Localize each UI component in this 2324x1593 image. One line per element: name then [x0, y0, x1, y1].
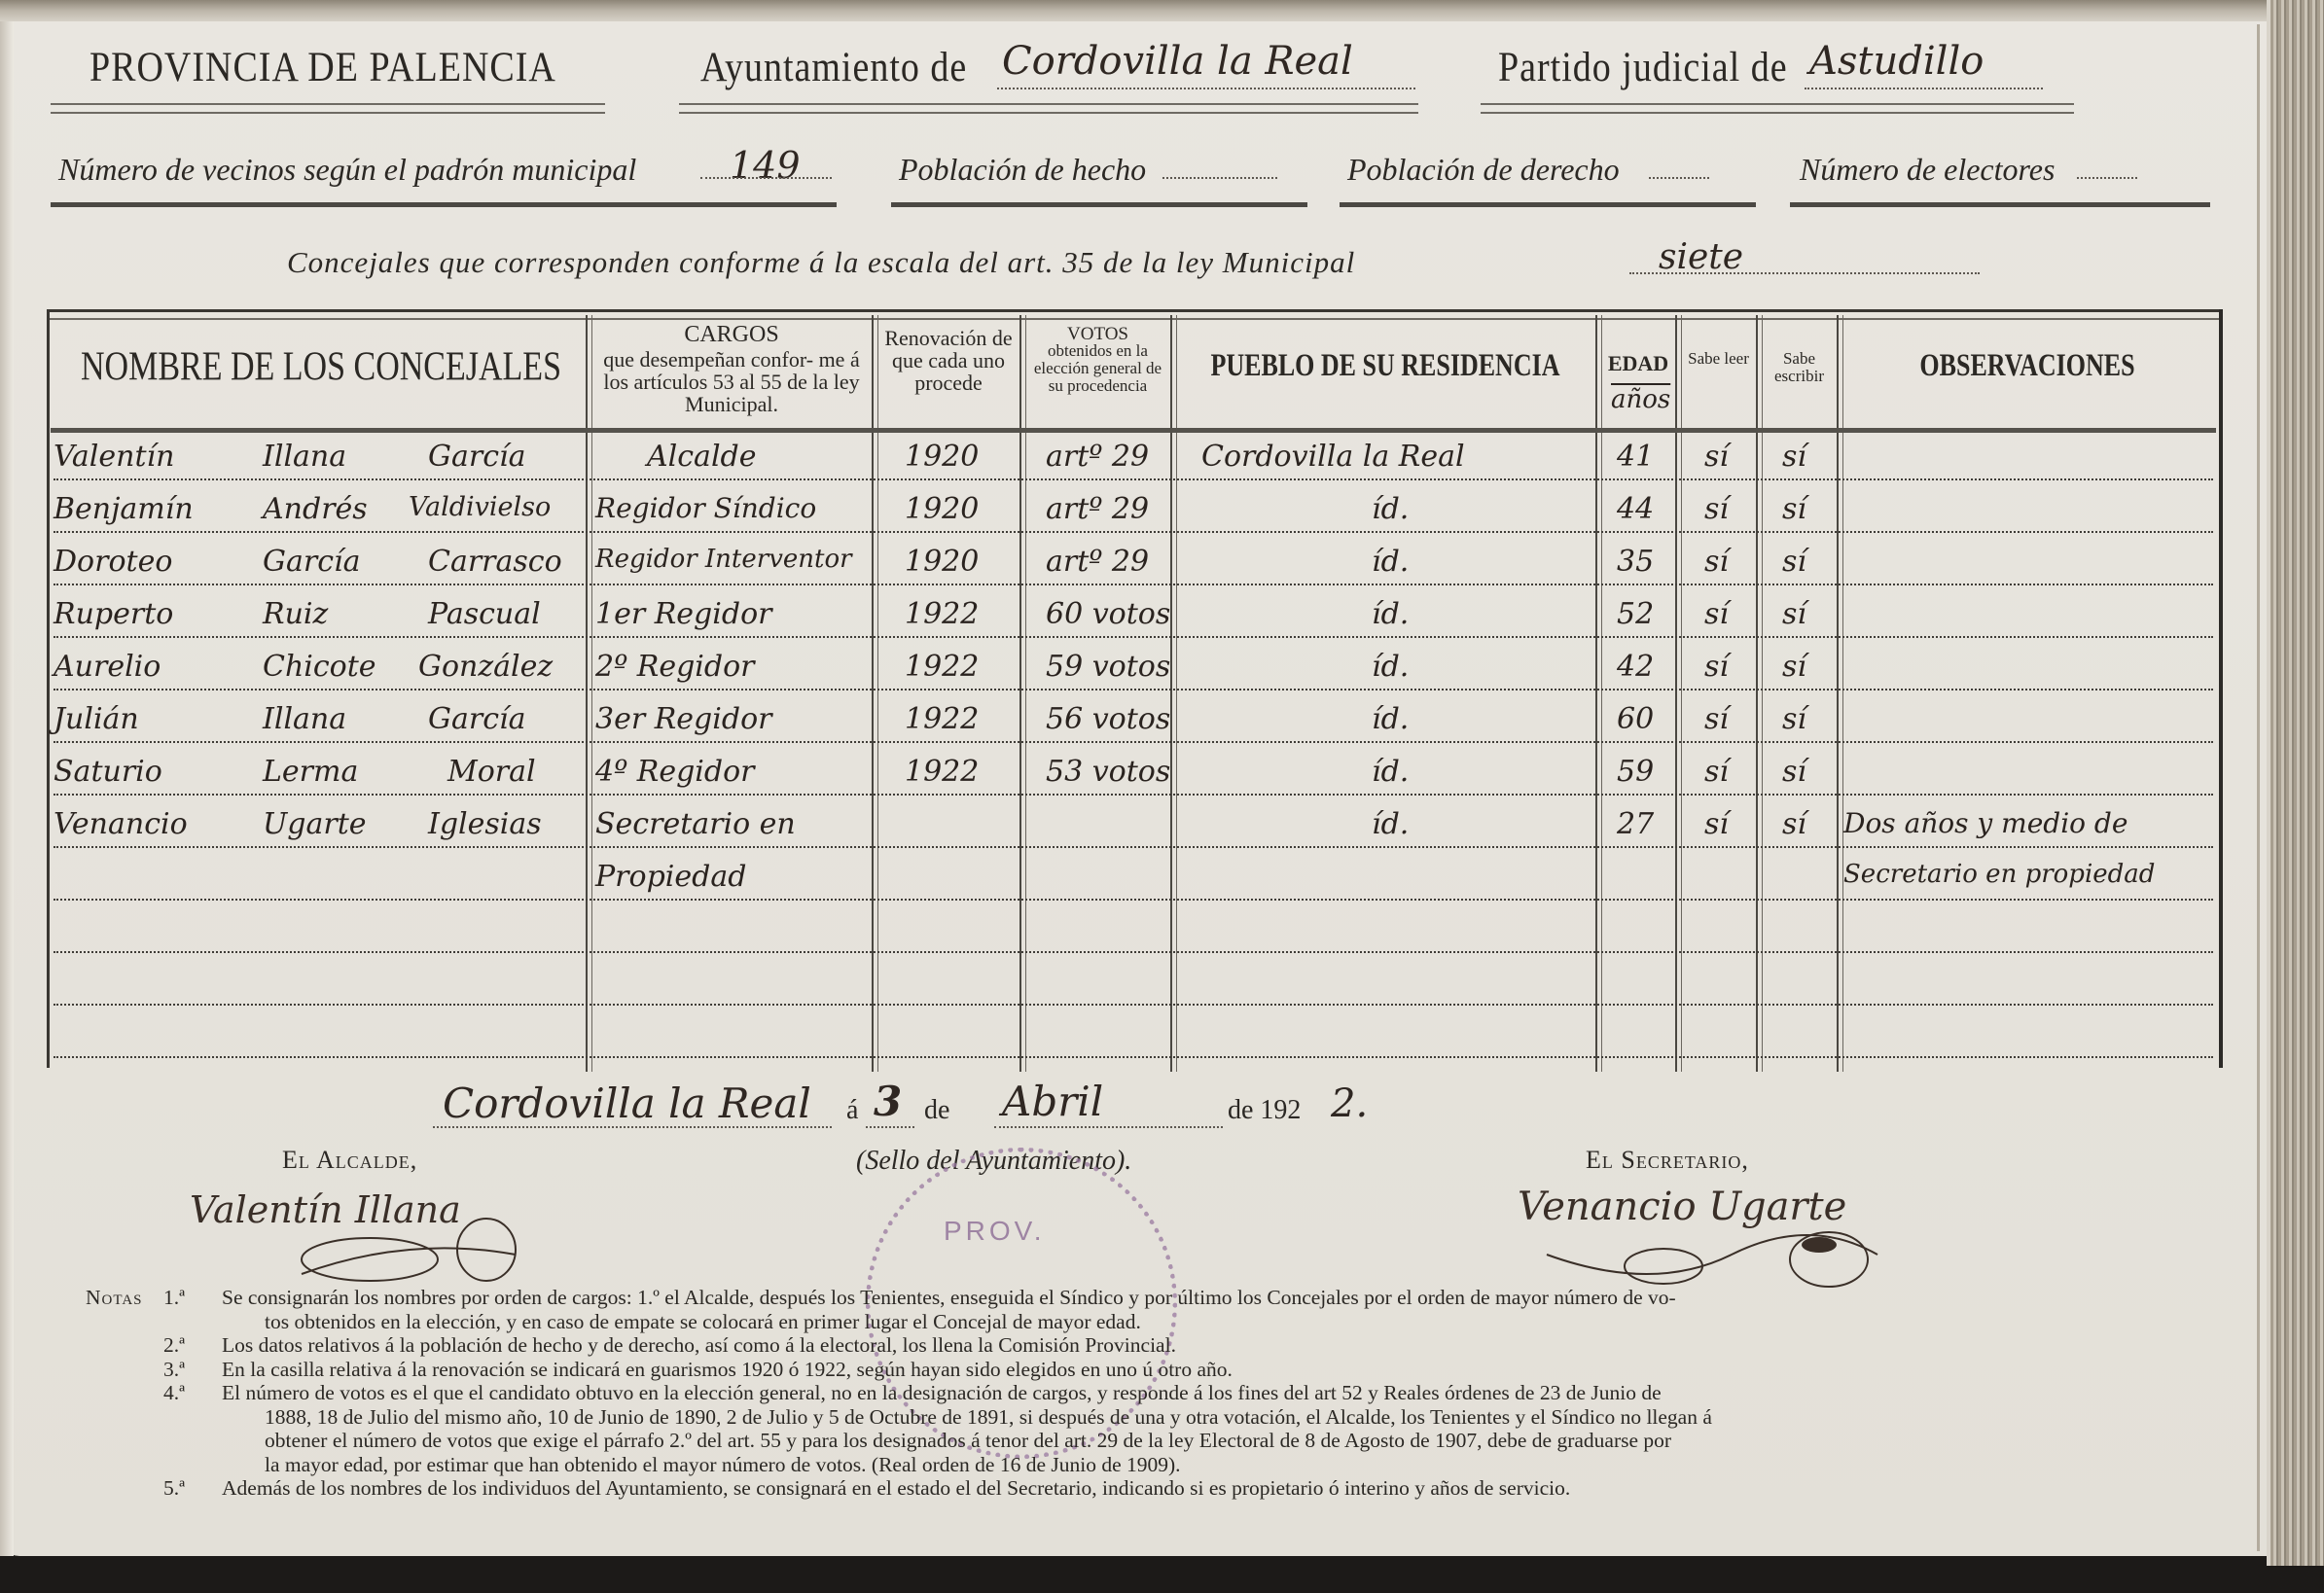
census-rule: [891, 202, 1307, 207]
cell-leer: sí: [1704, 807, 1729, 841]
cell-pueblo: íd.: [1372, 807, 1409, 841]
cell-edad: 44: [1617, 492, 1654, 526]
vecinos-dotted-line: [700, 177, 832, 179]
row-rule: [54, 1056, 2213, 1058]
header-renovacion: Renovación de que cada uno procede: [877, 327, 1019, 394]
table-header-rule: [51, 428, 2216, 433]
note-line: 4.ª El número de votos es el que el cand…: [86, 1381, 2226, 1405]
cell-apellido2: Iglesias: [428, 807, 542, 841]
note-text: 1888, 18 de Julio del mismo año, 10 de J…: [265, 1405, 2226, 1430]
cell-renovacion: 1922: [905, 702, 979, 736]
cell-edad: 42: [1617, 650, 1654, 684]
derecho-dotted-line: [1649, 177, 1709, 179]
ayuntamiento-dotted-line: [997, 88, 1415, 89]
cell-apellido2: Pascual: [428, 597, 541, 631]
cell-escribir: sí: [1782, 650, 1806, 684]
alcalde-label: El Alcalde,: [282, 1146, 417, 1175]
row-rule: [54, 689, 2213, 690]
header-pueblo: PUEBLO DE SU RESIDENCIA: [1176, 349, 1594, 382]
header-escribir: Sabe escribir: [1762, 350, 1837, 385]
cell-leer: sí: [1704, 492, 1729, 526]
note-line: 2.ª Los datos relativos á la población d…: [86, 1333, 2226, 1358]
row-rule: [54, 584, 2213, 585]
cell-nombre: Benjamín: [54, 492, 194, 526]
cell-pueblo: íd.: [1372, 702, 1409, 736]
cell-pueblo: íd.: [1372, 755, 1409, 789]
cell-cargo: 4º Regidor: [595, 755, 754, 789]
cell-apellido1: Ruiz: [263, 597, 328, 631]
cell-apellido2: González: [418, 650, 553, 684]
note-line: 5.ª Además de los nombres de los individ…: [86, 1476, 2226, 1501]
note-text: Además de los nombres de los individuos …: [222, 1476, 2226, 1501]
cell-escribir: sí: [1782, 440, 1806, 474]
note-number: [163, 1453, 265, 1477]
secretario-label: El Secretario,: [1586, 1146, 1749, 1175]
partido-label: Partido judicial de: [1498, 43, 1788, 92]
cell-nombre: Ruperto: [54, 597, 173, 631]
cell-renovacion: 1922: [905, 755, 979, 789]
page-left-edge: [0, 0, 14, 1556]
date-month-dotted-line: [994, 1126, 1223, 1128]
cell-nombre: Saturio: [54, 755, 162, 789]
cell-nombre: Doroteo: [54, 545, 172, 579]
cell-pueblo: íd.: [1372, 492, 1409, 526]
date-year-digit: 2.: [1331, 1081, 1368, 1126]
cell-escribir: sí: [1782, 755, 1806, 789]
cell-escribir: sí: [1782, 807, 1806, 841]
notes-section: Notas 1.ª Se consignarán los nombres por…: [86, 1286, 2226, 1501]
cell-apellido1: Andrés: [263, 492, 368, 526]
row-rule: [54, 1004, 2213, 1006]
cell-votos: artº 29: [1046, 440, 1149, 474]
note-line: 1888, 18 de Julio del mismo año, 10 de J…: [86, 1405, 2226, 1430]
electores-dotted-line: [2077, 177, 2137, 179]
header-cargos-sub: que desempeñan confor- me á los artículo…: [590, 348, 874, 415]
cell-cargo: 2º Regidor: [595, 650, 754, 684]
cell-leer: sí: [1704, 597, 1729, 631]
row-rule: [54, 531, 2213, 533]
partido-value: Astudillo: [1809, 39, 1984, 84]
header-rule: [1481, 103, 2074, 114]
cell-leer: sí: [1704, 650, 1729, 684]
cell-nombre: Julián: [54, 702, 139, 736]
cell-apellido1: García: [263, 545, 360, 579]
concejales-value: siete: [1659, 237, 1743, 277]
cell-apellido1: Chicote: [263, 650, 376, 684]
cell-pueblo: íd.: [1372, 597, 1409, 631]
cell-observaciones: Dos años y medio de: [1843, 807, 2127, 839]
cell-nombre: Venancio: [54, 807, 188, 841]
cell-cargo: Propiedad: [595, 860, 746, 894]
cell-renovacion: 1920: [905, 492, 979, 526]
cell-cargo: Regidor Interventor: [595, 545, 852, 574]
cell-renovacion: 1922: [905, 650, 979, 684]
cell-apellido1: Ugarte: [263, 807, 367, 841]
row-rule: [54, 846, 2213, 848]
note-text: obtener el número de votos que exige el …: [265, 1429, 2226, 1453]
hecho-dotted-line: [1162, 177, 1277, 179]
cell-leer: sí: [1704, 702, 1729, 736]
header-rule: [51, 103, 605, 114]
date-day: 3: [874, 1078, 902, 1125]
note-number: 5.ª: [163, 1476, 222, 1501]
header-edad: EDAD: [1601, 352, 1675, 374]
date-day-dotted-line: [866, 1126, 914, 1128]
hecho-label: Población de hecho: [899, 152, 1146, 188]
note-text: la mayor edad, por estimar que han obten…: [265, 1453, 2226, 1477]
header-rule: [679, 103, 1418, 114]
cell-escribir: sí: [1782, 702, 1806, 736]
note-number: [163, 1405, 265, 1430]
census-rule: [1340, 202, 1756, 207]
cell-votos: 56 votos: [1046, 702, 1170, 736]
vecinos-value: 149: [730, 144, 801, 187]
stamp-text: PROV.: [944, 1216, 1046, 1247]
electores-label: Número de electores: [1800, 152, 2055, 188]
row-rule: [54, 636, 2213, 638]
concejales-dotted-line: [1629, 272, 1980, 274]
header-nombre: NOMBRE DE LOS CONCEJALES: [58, 346, 584, 390]
header-observaciones: OBSERVACIONES: [1842, 349, 2212, 382]
page-margin-line: [2257, 24, 2260, 1551]
vecinos-label: Número de vecinos según el padrón munici…: [58, 152, 636, 188]
note-text: Los datos relativos á la población de he…: [222, 1333, 2226, 1358]
date-place-dotted-line: [433, 1126, 832, 1128]
cell-apellido2: García: [428, 440, 525, 474]
ayuntamiento-label: Ayuntamiento de: [700, 43, 967, 92]
cell-cargo: 1er Regidor: [595, 597, 771, 631]
note-number: 4.ª: [163, 1381, 222, 1405]
census-rule: [51, 202, 837, 207]
row-rule: [54, 741, 2213, 743]
note-number: 3.ª: [163, 1358, 222, 1382]
cell-apellido2: García: [428, 702, 525, 736]
row-rule: [54, 478, 2213, 480]
cell-pueblo: Cordovilla la Real: [1201, 440, 1465, 474]
cell-leer: sí: [1704, 545, 1729, 579]
cell-apellido2: Valdivielso: [409, 492, 551, 522]
note-line: 3.ª En la casilla relativa á la renovaci…: [86, 1358, 2226, 1382]
note-text: El número de votos es el que el candidat…: [222, 1381, 2226, 1405]
date-year-label: de 192: [1228, 1095, 1301, 1126]
document-page: PROVINCIA DE PALENCIA Ayuntamiento de Co…: [0, 0, 2267, 1556]
header-cargos-title: CARGOS: [591, 323, 872, 347]
header-leer: Sabe leer: [1681, 350, 1756, 368]
date-a-label: á: [846, 1095, 858, 1126]
cell-edad: 52: [1617, 597, 1654, 631]
concejales-label: Concejales que corresponden conforme á l…: [287, 245, 1355, 280]
cell-cargo: 3er Regidor: [595, 702, 771, 736]
note-line: tos obtenidos en la elección, y en caso …: [86, 1310, 2226, 1334]
cell-votos: artº 29: [1046, 492, 1149, 526]
census-rule: [1790, 202, 2210, 207]
note-number: 1.ª: [163, 1286, 222, 1310]
cell-edad: 35: [1617, 545, 1654, 579]
cell-renovacion: 1920: [905, 440, 979, 474]
cell-apellido1: Lerma: [263, 755, 358, 789]
cell-cargo: Regidor Síndico: [595, 492, 816, 524]
cell-nombre: Valentín: [54, 440, 174, 474]
note-text: Se consignarán los nombres por orden de …: [222, 1286, 2226, 1310]
cell-edad: 41: [1617, 440, 1654, 474]
note-line: la mayor edad, por estimar que han obten…: [86, 1453, 2226, 1477]
cell-escribir: sí: [1782, 597, 1806, 631]
cell-renovacion: 1922: [905, 597, 979, 631]
note-number: [163, 1310, 265, 1334]
header-edad-unit: años: [1611, 385, 1670, 414]
cell-apellido2: Moral: [447, 755, 536, 789]
note-text: tos obtenidos en la elección, y en caso …: [265, 1310, 2226, 1334]
cell-leer: sí: [1704, 440, 1729, 474]
cell-votos: 59 votos: [1046, 650, 1170, 684]
provincia-title: PROVINCIA DE PALENCIA: [89, 43, 556, 92]
cell-edad: 60: [1617, 702, 1654, 736]
cell-pueblo: íd.: [1372, 545, 1409, 579]
book-page-stack: [2267, 0, 2324, 1566]
cell-escribir: sí: [1782, 492, 1806, 526]
cell-leer: sí: [1704, 755, 1729, 789]
cell-cargo: Alcalde: [647, 440, 757, 474]
cell-edad: 59: [1617, 755, 1654, 789]
secretario-flourish-icon: [1537, 1216, 1887, 1293]
ayuntamiento-value: Cordovilla la Real: [1002, 39, 1353, 84]
cell-pueblo: íd.: [1372, 650, 1409, 684]
cell-edad: 27: [1617, 807, 1654, 841]
row-rule: [54, 899, 2213, 901]
cell-renovacion: 1920: [905, 545, 979, 579]
date-de-label: de: [924, 1095, 949, 1126]
note-line: Notas 1.ª Se consignarán los nombres por…: [86, 1286, 2226, 1310]
cell-apellido2: Carrasco: [428, 545, 562, 579]
cell-observaciones: Secretario en propiedad: [1843, 860, 2155, 889]
row-rule: [54, 951, 2213, 953]
cell-votos: 60 votos: [1046, 597, 1170, 631]
partido-dotted-line: [1805, 88, 2043, 89]
cell-votos: 53 votos: [1046, 755, 1170, 789]
date-month: Abril: [1002, 1078, 1103, 1125]
date-place: Cordovilla la Real: [443, 1080, 811, 1127]
cell-votos: artº 29: [1046, 545, 1149, 579]
note-text: En la casilla relativa á la renovación s…: [222, 1358, 2226, 1382]
notes-title: Notas: [86, 1286, 163, 1310]
note-number: 2.ª: [163, 1333, 222, 1358]
note-number: [163, 1429, 265, 1453]
cell-apellido1: Illana: [263, 440, 346, 474]
cell-apellido1: Illana: [263, 702, 346, 736]
book-top-edge: [0, 0, 2324, 21]
cell-cargo: Secretario en: [595, 807, 796, 841]
row-rule: [54, 794, 2213, 796]
note-line: obtener el número de votos que exige el …: [86, 1429, 2226, 1453]
cell-escribir: sí: [1782, 545, 1806, 579]
cell-nombre: Aurelio: [54, 650, 161, 684]
header-votos-sub: obtenidos en la elección general de su p…: [1025, 342, 1170, 395]
derecho-label: Población de derecho: [1347, 152, 1620, 188]
